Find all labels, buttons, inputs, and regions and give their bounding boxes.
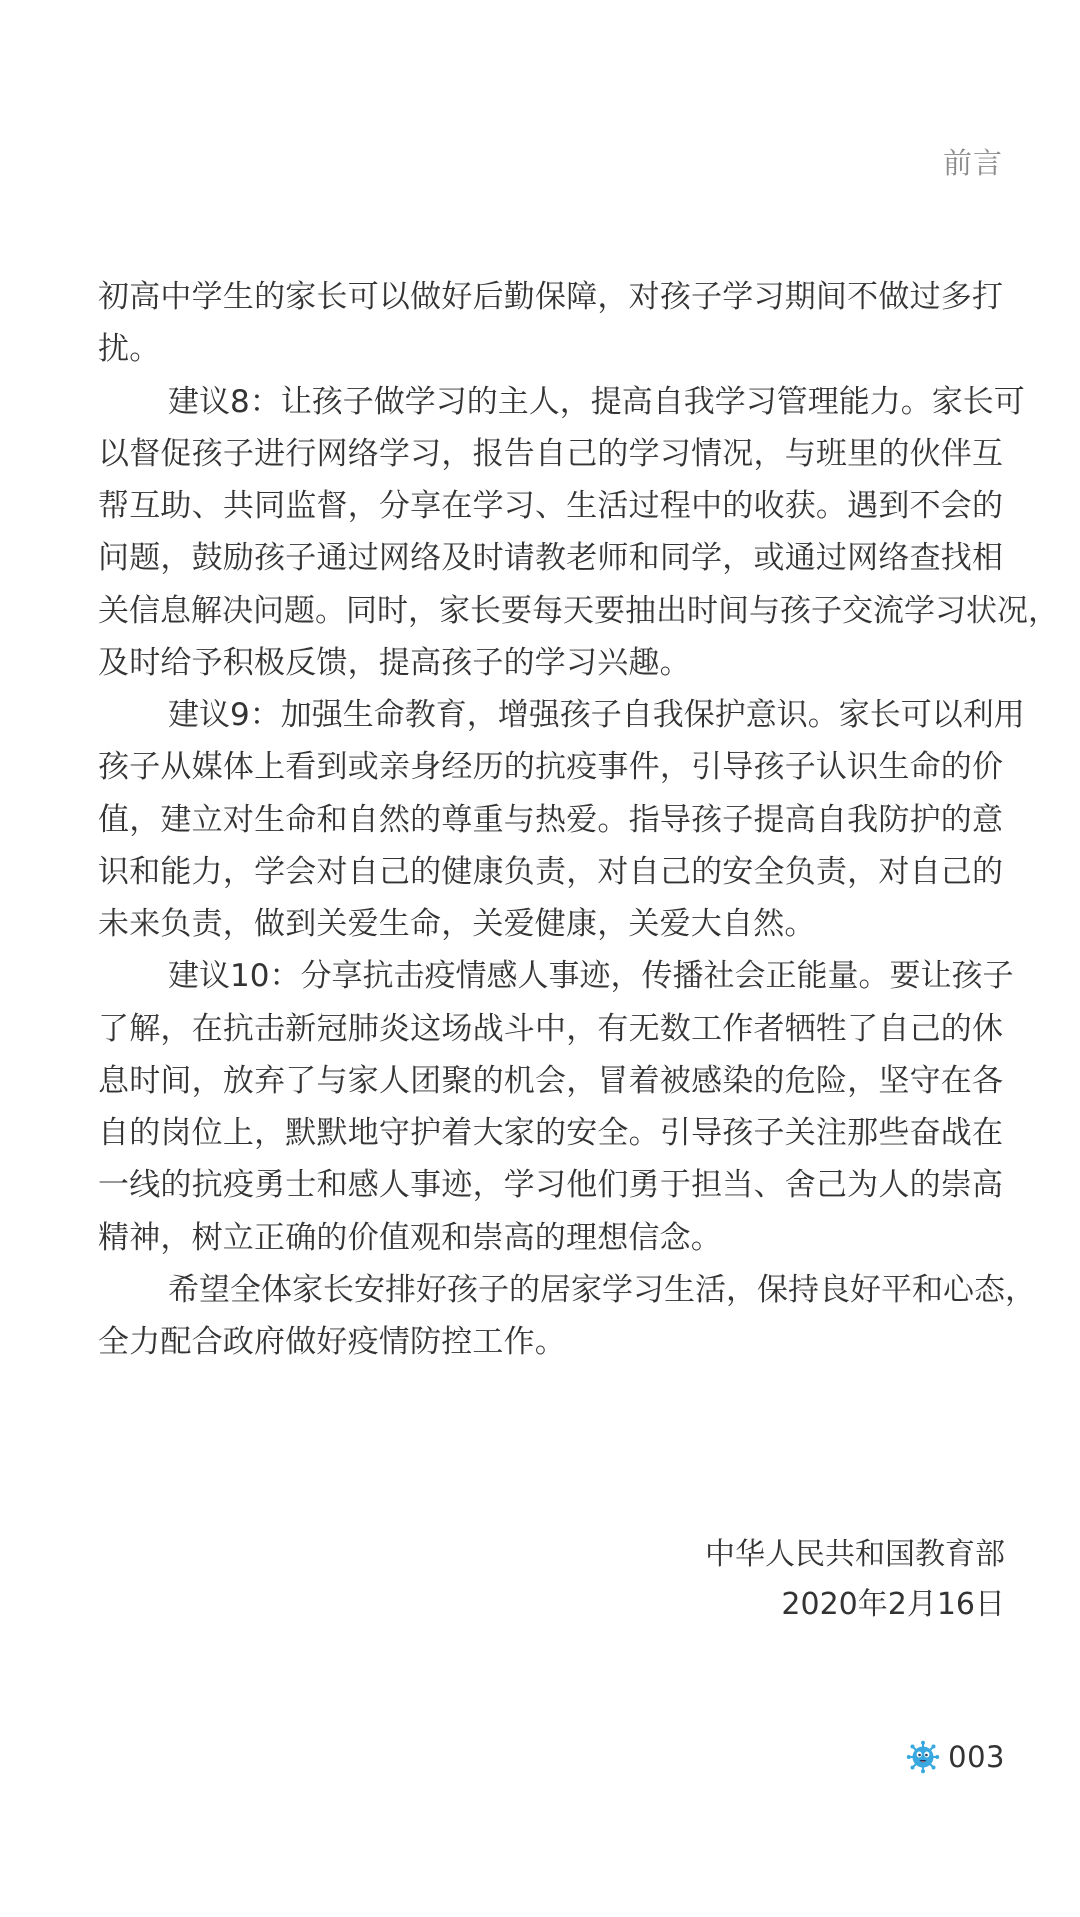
text-line: 孩子从媒体上看到或亲身经历的抗疫事件，引导孩子认识生命的价 — [98, 741, 1003, 793]
text-line: 以督促孩子进行网络学习，报告自己的学习情况，与班里的伙伴互 — [98, 428, 1003, 480]
text-line: 帮互助、共同监督，分享在学习、生活过程中的收获。遇到不会的 — [98, 480, 1003, 532]
text-line: 了解，在抗击新冠肺炎这场战斗中，有无数工作者牺牲了自己的休 — [98, 1003, 1003, 1055]
text-line: 未来负责，做到关爱生命，关爱健康，关爱大自然。 — [98, 898, 1003, 950]
signature-block: 中华人民共和国教育部 2020年2月16日 — [705, 1530, 1005, 1630]
text-line: 一线的抗疫勇士和感人事迹，学习他们勇于担当、舍己为人的崇高 — [98, 1159, 1003, 1211]
text-line: 息时间，放弃了与家人团聚的机会，冒着被感染的危险，坚守在各 — [98, 1055, 1003, 1107]
virus-mascot-icon — [906, 1740, 940, 1774]
signature-date: 2020年2月16日 — [705, 1580, 1005, 1630]
section-title: 前言 — [943, 143, 1003, 183]
text-line: 初高中学生的家长可以做好后勤保障，对孩子学习期间不做过多打 — [98, 271, 1003, 323]
text-line: 建议9：加强生命教育，增强孩子自我保护意识。家长可以利用 — [98, 689, 1003, 741]
signature-organization: 中华人民共和国教育部 — [705, 1530, 1005, 1580]
text-line: 识和能力，学会对自己的健康负责，对自己的安全负责，对自己的 — [98, 846, 1003, 898]
text-line: 问题，鼓励孩子通过网络及时请教老师和同学，或通过网络查找相 — [98, 532, 1003, 584]
text-line: 自的岗位上，默默地守护着大家的安全。引导孩子关注那些奋战在 — [98, 1107, 1003, 1159]
text-line: 值，建立对生命和自然的尊重与热爱。指导孩子提高自我防护的意 — [98, 794, 1003, 846]
text-line: 精神，树立正确的价值观和崇高的理想信念。 — [98, 1212, 1003, 1264]
page-number: 003 — [948, 1737, 1005, 1777]
text-line: 希望全体家长安排好孩子的居家学习生活，保持良好平和心态， — [98, 1264, 1003, 1316]
text-line: 建议10：分享抗击疫情感人事迹，传播社会正能量。要让孩子 — [98, 950, 1003, 1002]
text-line: 及时给予积极反馈，提高孩子的学习兴趣。 — [98, 637, 1003, 689]
text-line: 关信息解决问题。同时，家长要每天要抽出时间与孩子交流学习状况， — [98, 585, 1003, 637]
document-page: 前言 初高中学生的家长可以做好后勤保障，对孩子学习期间不做过多打 扰。 建议8：… — [0, 0, 1080, 1917]
page-footer: 003 — [906, 1737, 1005, 1777]
text-line: 扰。 — [98, 323, 1003, 375]
body-text: 初高中学生的家长可以做好后勤保障，对孩子学习期间不做过多打 扰。 建议8：让孩子… — [98, 271, 1003, 1368]
text-line: 全力配合政府做好疫情防控工作。 — [98, 1316, 1003, 1368]
text-line: 建议8：让孩子做学习的主人，提高自我学习管理能力。家长可 — [98, 376, 1003, 428]
